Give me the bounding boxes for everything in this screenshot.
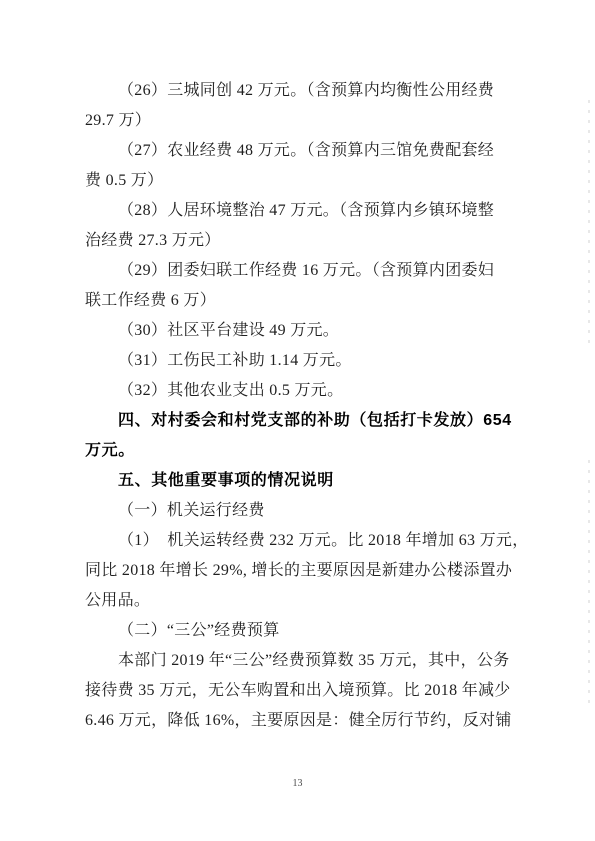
section-heading-4: 四、对村委会和村党支部的补助（包括打卡发放）654 bbox=[85, 406, 509, 436]
text-line: （31）工伤民工补助 1.14 万元。 bbox=[85, 346, 509, 376]
text-line: 本部门 2019 年“三公”经费预算数 35 万元，其中，公务 bbox=[85, 646, 509, 676]
text-line: 费 0.5 万） bbox=[85, 166, 509, 196]
text-line: （32）其他农业支出 0.5 万元。 bbox=[85, 376, 509, 406]
document-page: （26）三城同创 42 万元。（含预算内均衡性公用经费 29.7 万） （27）… bbox=[0, 0, 595, 841]
text-line: 6.46 万元，降低 16%，主要原因是：健全厉行节约，反对铺 bbox=[85, 706, 509, 736]
section-heading-4-continuation: 万元。 bbox=[85, 436, 509, 466]
text-line: 同比 2018 年增长 29%, 增长的主要原因是新建办公楼添置办 bbox=[85, 556, 509, 586]
text-line: 公用品。 bbox=[85, 586, 509, 616]
document-body: （26）三城同创 42 万元。（含预算内均衡性公用经费 29.7 万） （27）… bbox=[85, 76, 509, 736]
text-line: （1） 机关运转经费 232 万元。比 2018 年增加 63 万元， bbox=[85, 526, 509, 556]
page-number: 13 bbox=[0, 777, 595, 791]
text-line: （27）农业经费 48 万元。（含预算内三馆免费配套经 bbox=[85, 136, 509, 166]
text-line: 联工作经费 6 万） bbox=[85, 286, 509, 316]
scan-edge-artifact bbox=[588, 460, 590, 710]
text-line: （26）三城同创 42 万元。（含预算内均衡性公用经费 bbox=[85, 76, 509, 106]
text-line: （29）团委妇联工作经费 16 万元。（含预算内团委妇 bbox=[85, 256, 509, 286]
text-line: 29.7 万） bbox=[85, 106, 509, 136]
section-heading-5: 五、其他重要事项的情况说明 bbox=[85, 466, 509, 496]
subsection-heading: （一）机关运行经费 bbox=[85, 496, 509, 526]
text-line: 接待费 35 万元，无公车购置和出入境预算。比 2018 年减少 bbox=[85, 676, 509, 706]
subsection-heading: （二）“三公”经费预算 bbox=[85, 616, 509, 646]
scan-edge-artifact bbox=[588, 100, 590, 345]
text-line: （28）人居环境整治 47 万元。（含预算内乡镇环境整 bbox=[85, 196, 509, 226]
text-line: 治经费 27.3 万元） bbox=[85, 226, 509, 256]
text-line: （30）社区平台建设 49 万元。 bbox=[85, 316, 509, 346]
